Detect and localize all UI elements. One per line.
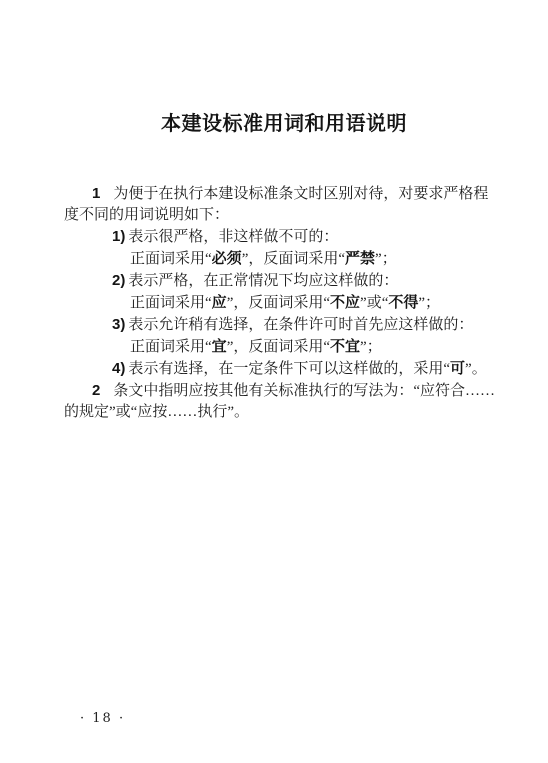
document-body: 1为便于在执行本建设标准条文时区别对待，对要求严格程 度不同的用词说明如下： 1… (64, 183, 504, 423)
text-line-clause-2-cont: 的规定”或“应按……执行”。 (64, 402, 504, 423)
text-line-item-2: 2)表示严格，在正常情况下均应这样做的： (64, 270, 504, 292)
key-term: 严禁 (345, 250, 375, 267)
page-number: · 18 · (80, 711, 125, 726)
line-text: ”； (360, 339, 382, 355)
key-term: 应 (212, 294, 227, 311)
item-number: 4) (112, 360, 125, 377)
text-line-item-1: 1)表示很严格，非这样做不可的： (64, 226, 504, 248)
line-text: 度不同的用词说明如下： (64, 207, 229, 223)
key-term: 不应 (330, 294, 360, 311)
line-text: ”。 (465, 361, 487, 377)
item-number: 3) (112, 316, 125, 333)
line-text: 表示很严格，非这样做不可的： (128, 229, 338, 245)
clause-number: 2 (92, 382, 100, 399)
line-text: 正面词采用“ (130, 295, 212, 311)
page-title: 本建设标准用词和用语说明 (20, 112, 548, 136)
line-text: 条文中指明应按其他有关标准执行的写法为：“应符合…… (113, 383, 495, 399)
key-term: 必须 (212, 250, 242, 267)
text-line-clause-1-cont: 度不同的用词说明如下： (64, 205, 504, 226)
line-text: ”，反面词采用“ (242, 251, 345, 267)
text-line-item-2-cont: 正面词采用“应”，反面词采用“不应”或“不得”； (64, 292, 504, 314)
line-text: ”； (375, 251, 397, 267)
line-text: ”； (418, 295, 440, 311)
item-number: 1) (112, 228, 125, 245)
key-term: 可 (450, 360, 465, 377)
line-text: ”，反面词采用“ (227, 295, 330, 311)
text-line-clause-2: 2条文中指明应按其他有关标准执行的写法为：“应符合…… (64, 380, 504, 402)
line-text: 为便于在执行本建设标准条文时区别对待，对要求严格程 (113, 186, 488, 202)
line-text: 正面词采用“ (130, 339, 212, 355)
text-line-item-4: 4)表示有选择，在一定条件下可以这样做的，采用“可”。 (64, 358, 504, 380)
line-text: 表示有选择，在一定条件下可以这样做的，采用“ (128, 361, 450, 377)
key-term: 不得 (388, 294, 418, 311)
line-text: ”或“ (360, 295, 388, 311)
line-text: 表示允许稍有选择，在条件许可时首先应这样做的： (128, 317, 473, 333)
text-line-item-3: 3)表示允许稍有选择，在条件许可时首先应这样做的： (64, 314, 504, 336)
line-text: 正面词采用“ (130, 251, 212, 267)
line-text: 的规定”或“应按……执行”。 (64, 404, 249, 420)
document-page: 本建设标准用词和用语说明 1为便于在执行本建设标准条文时区别对待，对要求严格程 … (0, 0, 548, 763)
line-text: 表示严格，在正常情况下均应这样做的： (128, 273, 398, 289)
key-term: 宜 (212, 338, 227, 355)
item-number: 2) (112, 272, 125, 289)
text-line-item-3-cont: 正面词采用“宜”，反面词采用“不宜”； (64, 336, 504, 358)
text-line-clause-1: 1为便于在执行本建设标准条文时区别对待，对要求严格程 (64, 183, 504, 205)
clause-number: 1 (92, 185, 100, 202)
key-term: 不宜 (330, 338, 360, 355)
line-text: ”，反面词采用“ (227, 339, 330, 355)
text-line-item-1-cont: 正面词采用“必须”，反面词采用“严禁”； (64, 248, 504, 270)
